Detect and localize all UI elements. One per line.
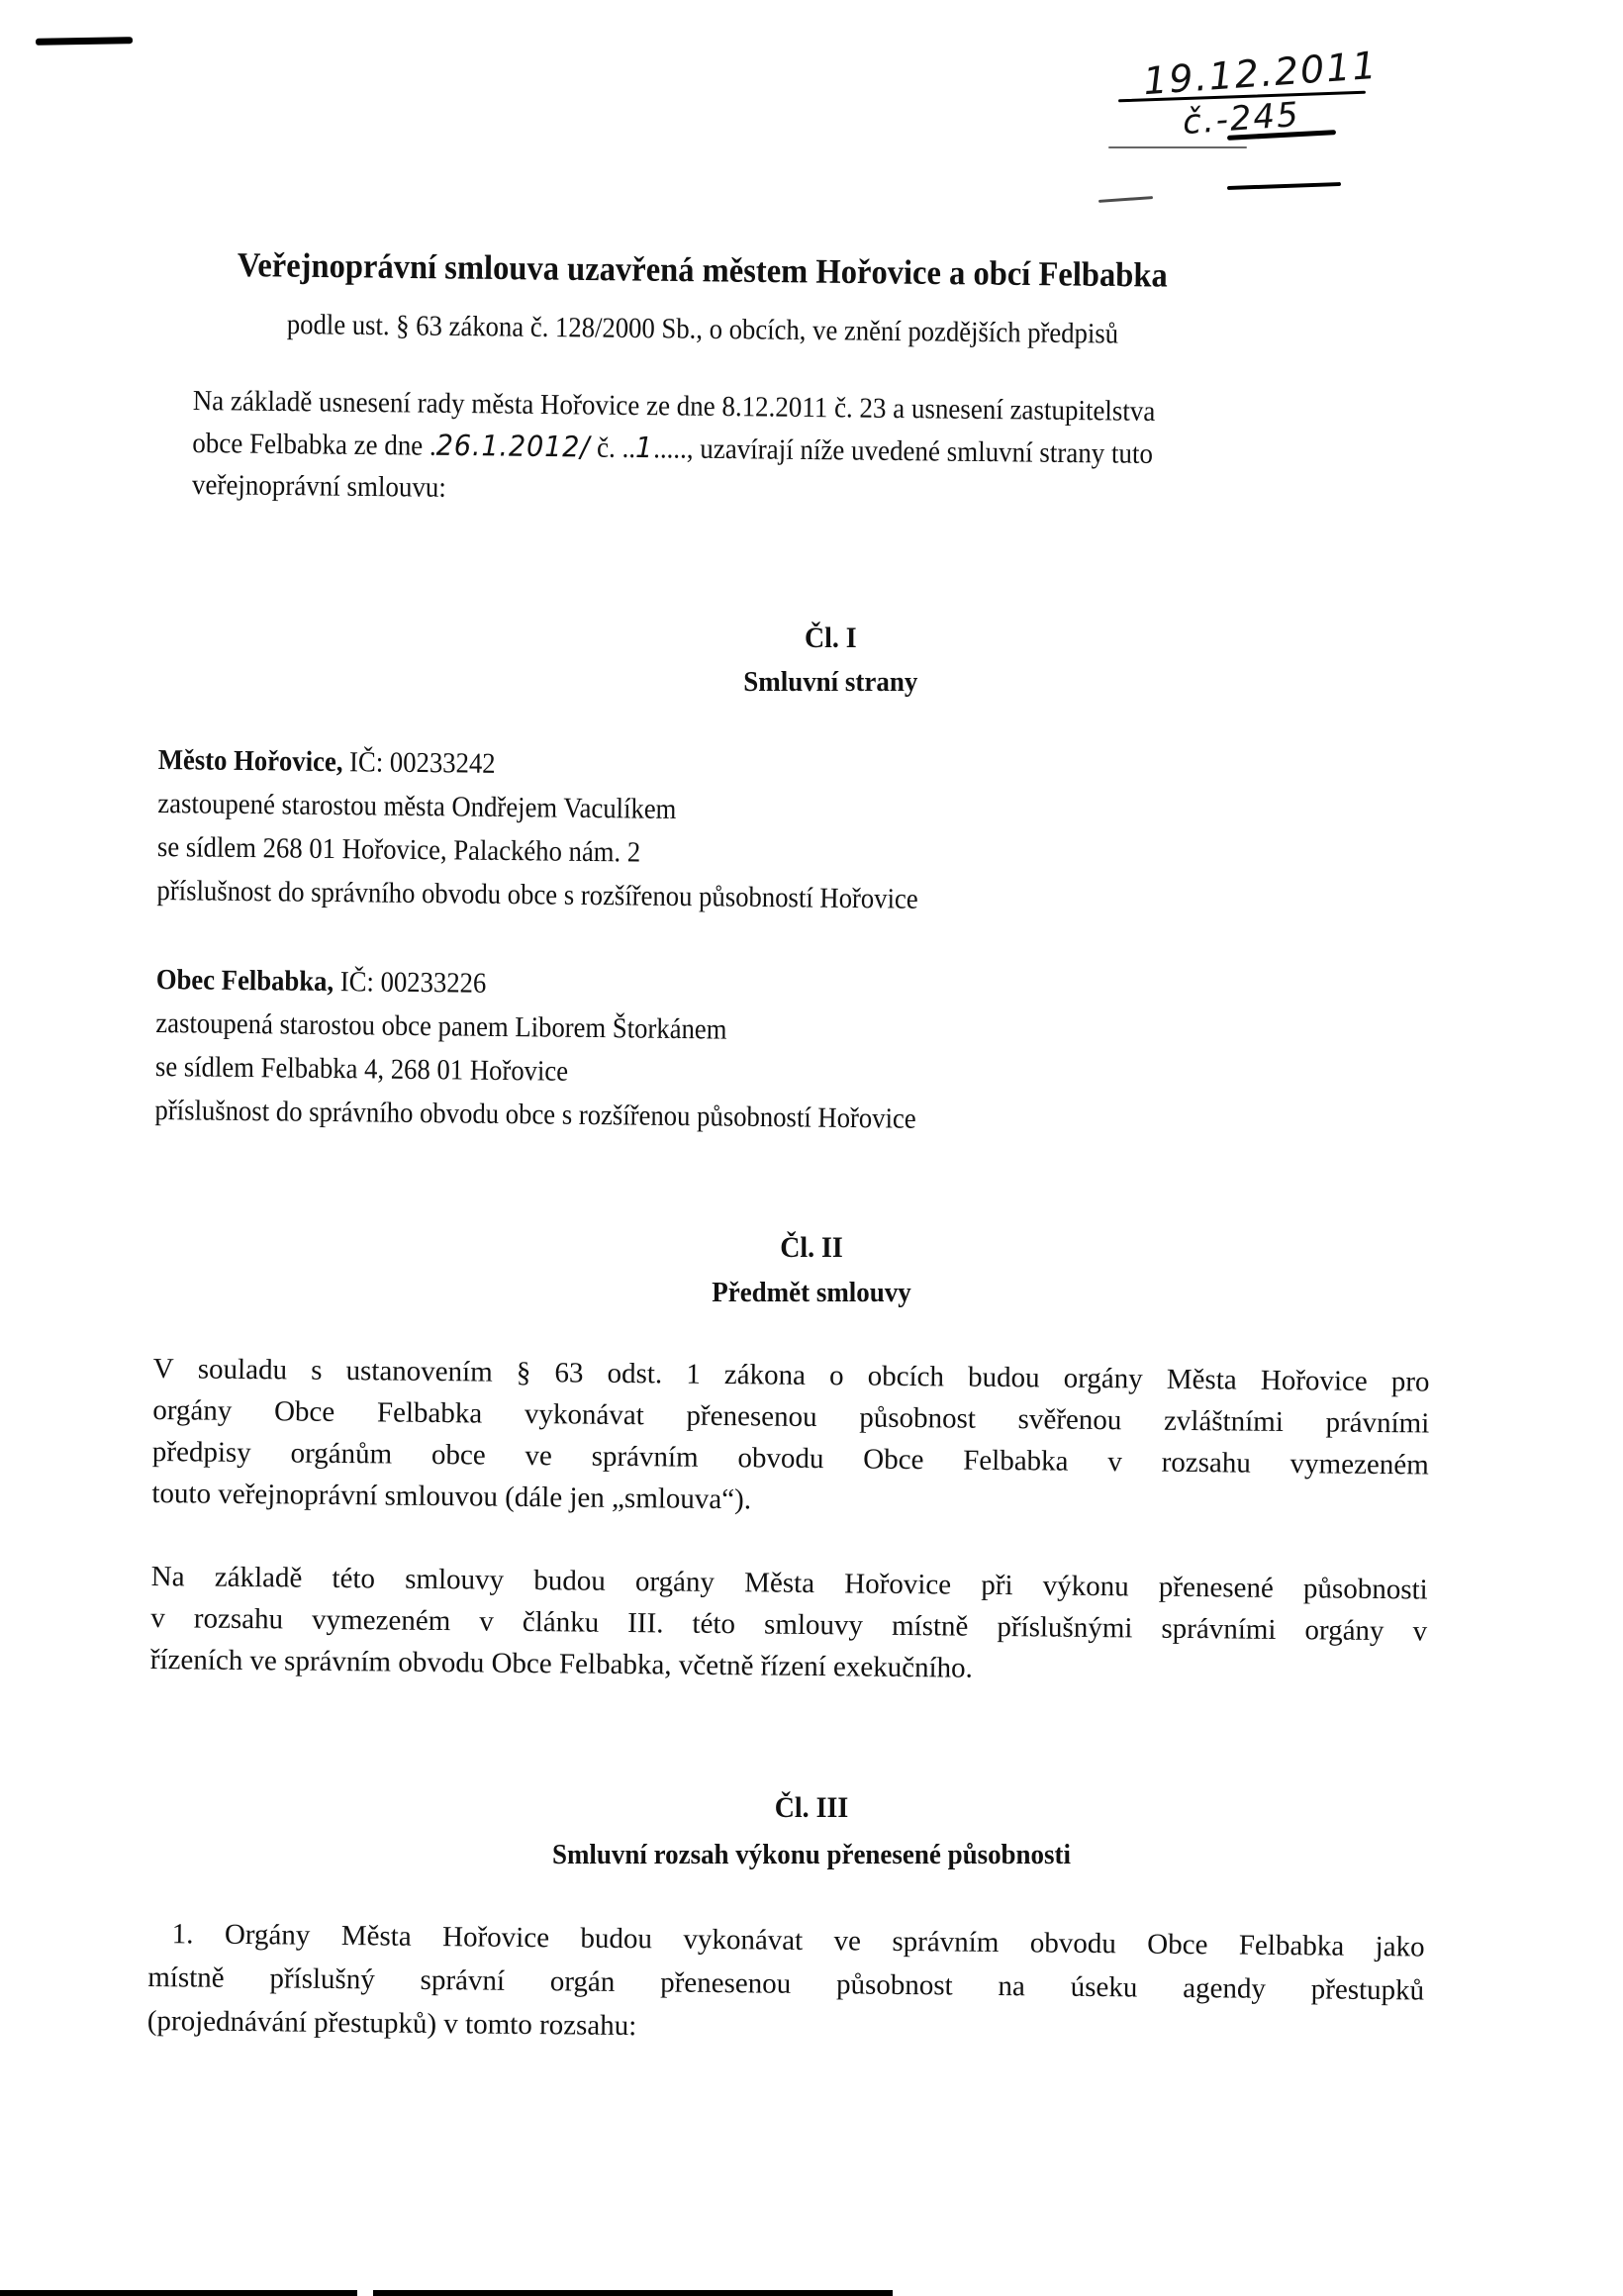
stamp-line-3 (1108, 146, 1247, 148)
article-2-paragraph-1: Vsouladusustanovením§63odst.1zákonaoobcí… (151, 1348, 1430, 1527)
party-obec-felbabka: Obec Felbabka, IČ: 00233226 zastoupená s… (154, 958, 1158, 1144)
article-2-number: Čl. II (56, 1231, 1566, 1265)
party-mesto-horovice: Město Hořovice, IČ: 00233242 zastoupené … (156, 738, 1160, 924)
party-2-name: Obec Felbabka, (156, 964, 334, 998)
stamp-line-4 (1227, 182, 1341, 190)
article-1-title: Smluvní strany (57, 666, 1585, 699)
article-3-title: Smluvní rozsah výkonu přenesené působnos… (56, 1839, 1566, 1871)
party-1-id: IČ: 00233242 (349, 746, 496, 780)
stamp-smudge (1098, 196, 1153, 203)
document-title: Veřejnoprávní smlouva uzavřená městem Ho… (238, 245, 1324, 297)
article-3-paragraph-1: 1.OrgányMěstaHořovicebudouvykonávatvespr… (147, 1912, 1425, 2057)
preamble-line-2-start: obce Felbabka ze dne . (192, 428, 436, 462)
preamble: Na základě usnesení rady města Hořovice … (192, 380, 1372, 519)
handwritten-resolution-number: 1 (635, 430, 653, 464)
party-2-id: IČ: 00233226 (340, 966, 487, 1000)
preamble-line-2-end: ....., uzavírají níže uvedené smluvní st… (653, 432, 1153, 470)
handwritten-resolution-date: 26.1.2012/ (436, 429, 591, 464)
document-subtitle: podle ust. § 63 zákona č. 128/2000 Sb., … (287, 309, 1119, 351)
preamble-line-2-mid: č. .. (590, 432, 635, 465)
article-2-title: Předmět smlouvy (56, 1277, 1566, 1309)
article-2-paragraph-2: NazákladětétosmlouvybudouorgányMěstaHořo… (150, 1556, 1428, 1694)
article-1-number: Čl. I (57, 622, 1585, 655)
party-1-name: Město Hořovice, (158, 744, 343, 778)
scan-mark-top-left (36, 37, 133, 46)
article-3-number: Čl. III (56, 1791, 1566, 1825)
scan-edge-bottom (0, 2290, 1623, 2296)
